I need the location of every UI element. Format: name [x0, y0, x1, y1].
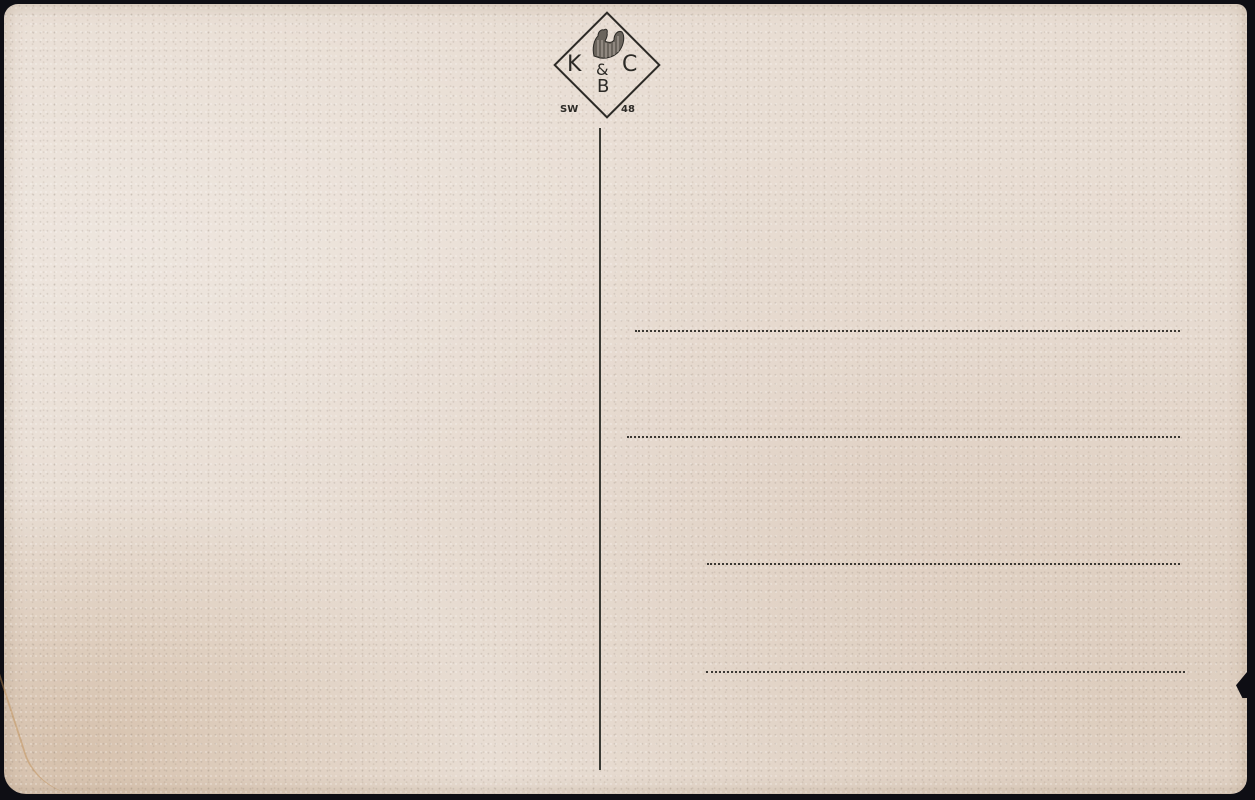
logo-letter-k: K: [567, 54, 581, 76]
address-line-2: [627, 436, 1180, 438]
postcard-back: [4, 4, 1247, 794]
logo-letter-b: B: [597, 78, 609, 96]
series-number: 48: [621, 104, 635, 115]
logo-letter-c: C: [622, 54, 637, 76]
series-code: SW: [560, 104, 578, 115]
address-line-4: [706, 671, 1185, 673]
address-line-1: [635, 330, 1180, 332]
paper-crease: [0, 664, 99, 794]
center-divider-line: [599, 128, 601, 770]
address-line-3: [707, 563, 1180, 565]
rooster-icon: [586, 26, 626, 62]
publisher-logo: K & C B: [552, 10, 658, 116]
